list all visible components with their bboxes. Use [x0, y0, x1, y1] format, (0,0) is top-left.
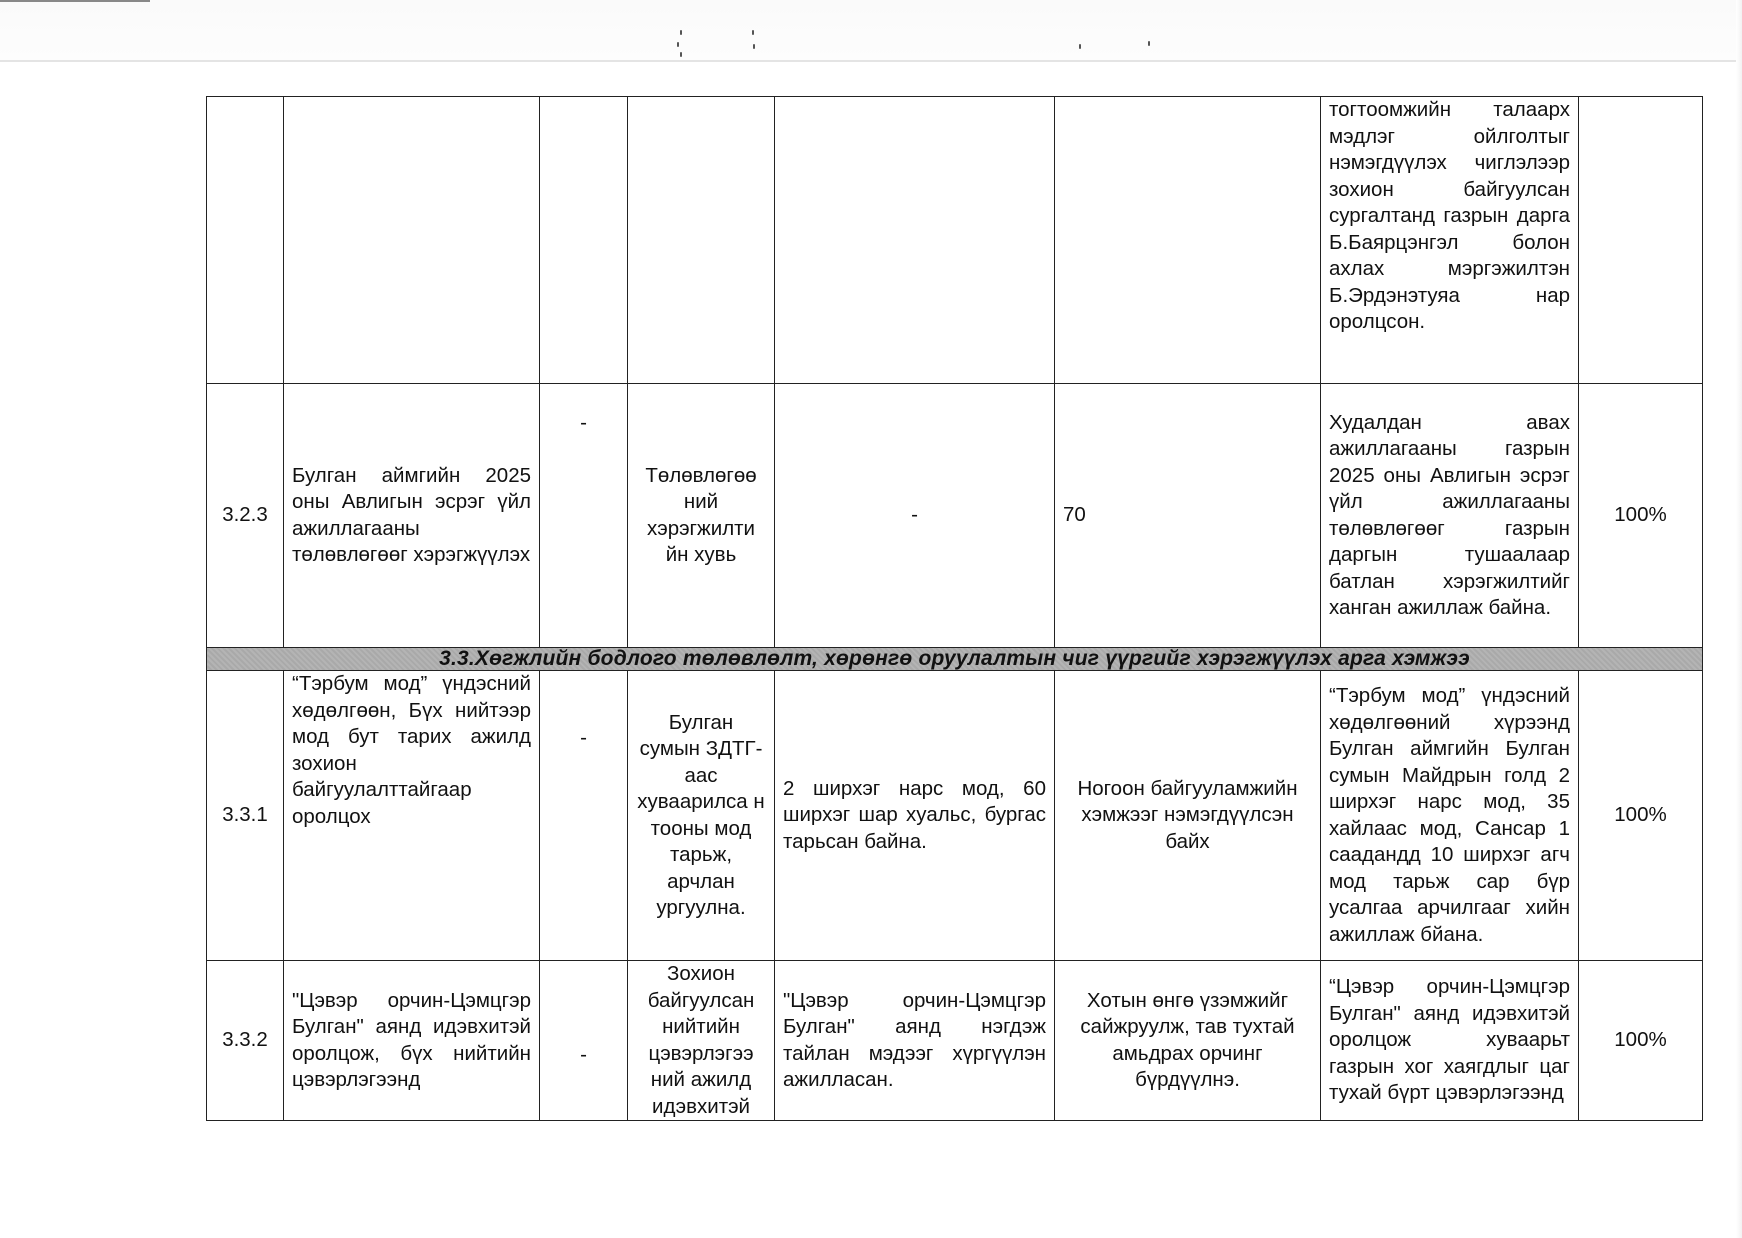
cell-indicator: Төлөвлөгөө ний хэрэгжилти йн хувь [628, 384, 775, 648]
section-header-row: 3.3.Хөгжлийн бодлого төлөвлөлт, хөрөнгө … [207, 648, 1703, 671]
cell-col3: - [540, 671, 628, 961]
table-row: 3.3.1 “Тэрбум мод” үндэсний хөдөлгөөн, Б… [207, 671, 1703, 961]
scan-streak [0, 0, 150, 2]
cell-target: Ногоон байгууламжийн хэмжээг нэмэгдүүлсэ… [1055, 671, 1321, 961]
cell-baseline [775, 97, 1055, 384]
table-row: 3.3.2 "Цэвэр орчин-Цэмцгэр Булган" аянд … [207, 961, 1703, 1121]
cell-activity: Булган аймгийн 2025 оны Авлигын эсрэг үй… [284, 384, 540, 648]
scan-header-band [0, 0, 1742, 62]
cell-col3: - [540, 384, 628, 648]
cell-activity: “Тэрбум мод” үндэсний хөдөлгөөн, Бүх ний… [284, 671, 540, 961]
cell-target [1055, 97, 1321, 384]
cell-id: 3.3.1 [207, 671, 284, 961]
cell-activity [284, 97, 540, 384]
cell-indicator: Зохион байгуулсан нийтийн цэвэрлэгээ ний… [628, 961, 775, 1121]
cell-progress: Худалдан авах ажиллагааны газрын 2025 он… [1321, 384, 1579, 648]
cell-id [207, 97, 284, 384]
cell-col3: - [540, 961, 628, 1121]
table-row: 3.2.3 Булган аймгийн 2025 оны Авлигын эс… [207, 384, 1703, 648]
cell-activity: "Цэвэр орчин-Цэмцгэр Булган" аянд идэвхи… [284, 961, 540, 1121]
cell-progress: тогтоомжийн талаарх мэдлэг ойлголтыг нэм… [1321, 97, 1579, 384]
scan-speck [753, 44, 755, 49]
cell-percent: 100% [1579, 961, 1703, 1121]
scan-speck [1148, 41, 1150, 46]
cell-percent: 100% [1579, 384, 1703, 648]
cell-indicator [628, 97, 775, 384]
scan-edge [1736, 0, 1742, 1238]
cell-progress: “Тэрбум мод” үндэсний хөдөлгөөний хүрээн… [1321, 671, 1579, 961]
cell-indicator: Булган сумын ЗДТГ-аас хуваарилса н тооны… [628, 671, 775, 961]
cell-baseline: "Цэвэр орчин-Цэмцгэр Булган" аянд нэгдэж… [775, 961, 1055, 1121]
scan-speck [677, 42, 679, 47]
scan-speck [680, 30, 682, 35]
scan-speck [680, 52, 682, 57]
section-title: 3.3.Хөгжлийн бодлого төлөвлөлт, хөрөнгө … [207, 648, 1703, 671]
cell-target: Хотын өнгө үзэмжийг сайжруулж, тав тухта… [1055, 961, 1321, 1121]
cell-target: 70 [1055, 384, 1321, 648]
cell-col3 [540, 97, 628, 384]
cell-percent [1579, 97, 1703, 384]
cell-baseline: 2 ширхэг нарс мод, 60 ширхэг шар хуальс,… [775, 671, 1055, 961]
scan-speck [1079, 44, 1081, 49]
cell-progress: “Цэвэр орчин-Цэмцгэр Булган" аянд идэвхи… [1321, 961, 1579, 1121]
report-table: тогтоомжийн талаарх мэдлэг ойлголтыг нэм… [206, 96, 1703, 1121]
cell-id: 3.3.2 [207, 961, 284, 1121]
scan-speck [752, 30, 754, 35]
cell-baseline: - [775, 384, 1055, 648]
cell-id: 3.2.3 [207, 384, 284, 648]
cell-percent: 100% [1579, 671, 1703, 961]
table-row: тогтоомжийн талаарх мэдлэг ойлголтыг нэм… [207, 97, 1703, 384]
